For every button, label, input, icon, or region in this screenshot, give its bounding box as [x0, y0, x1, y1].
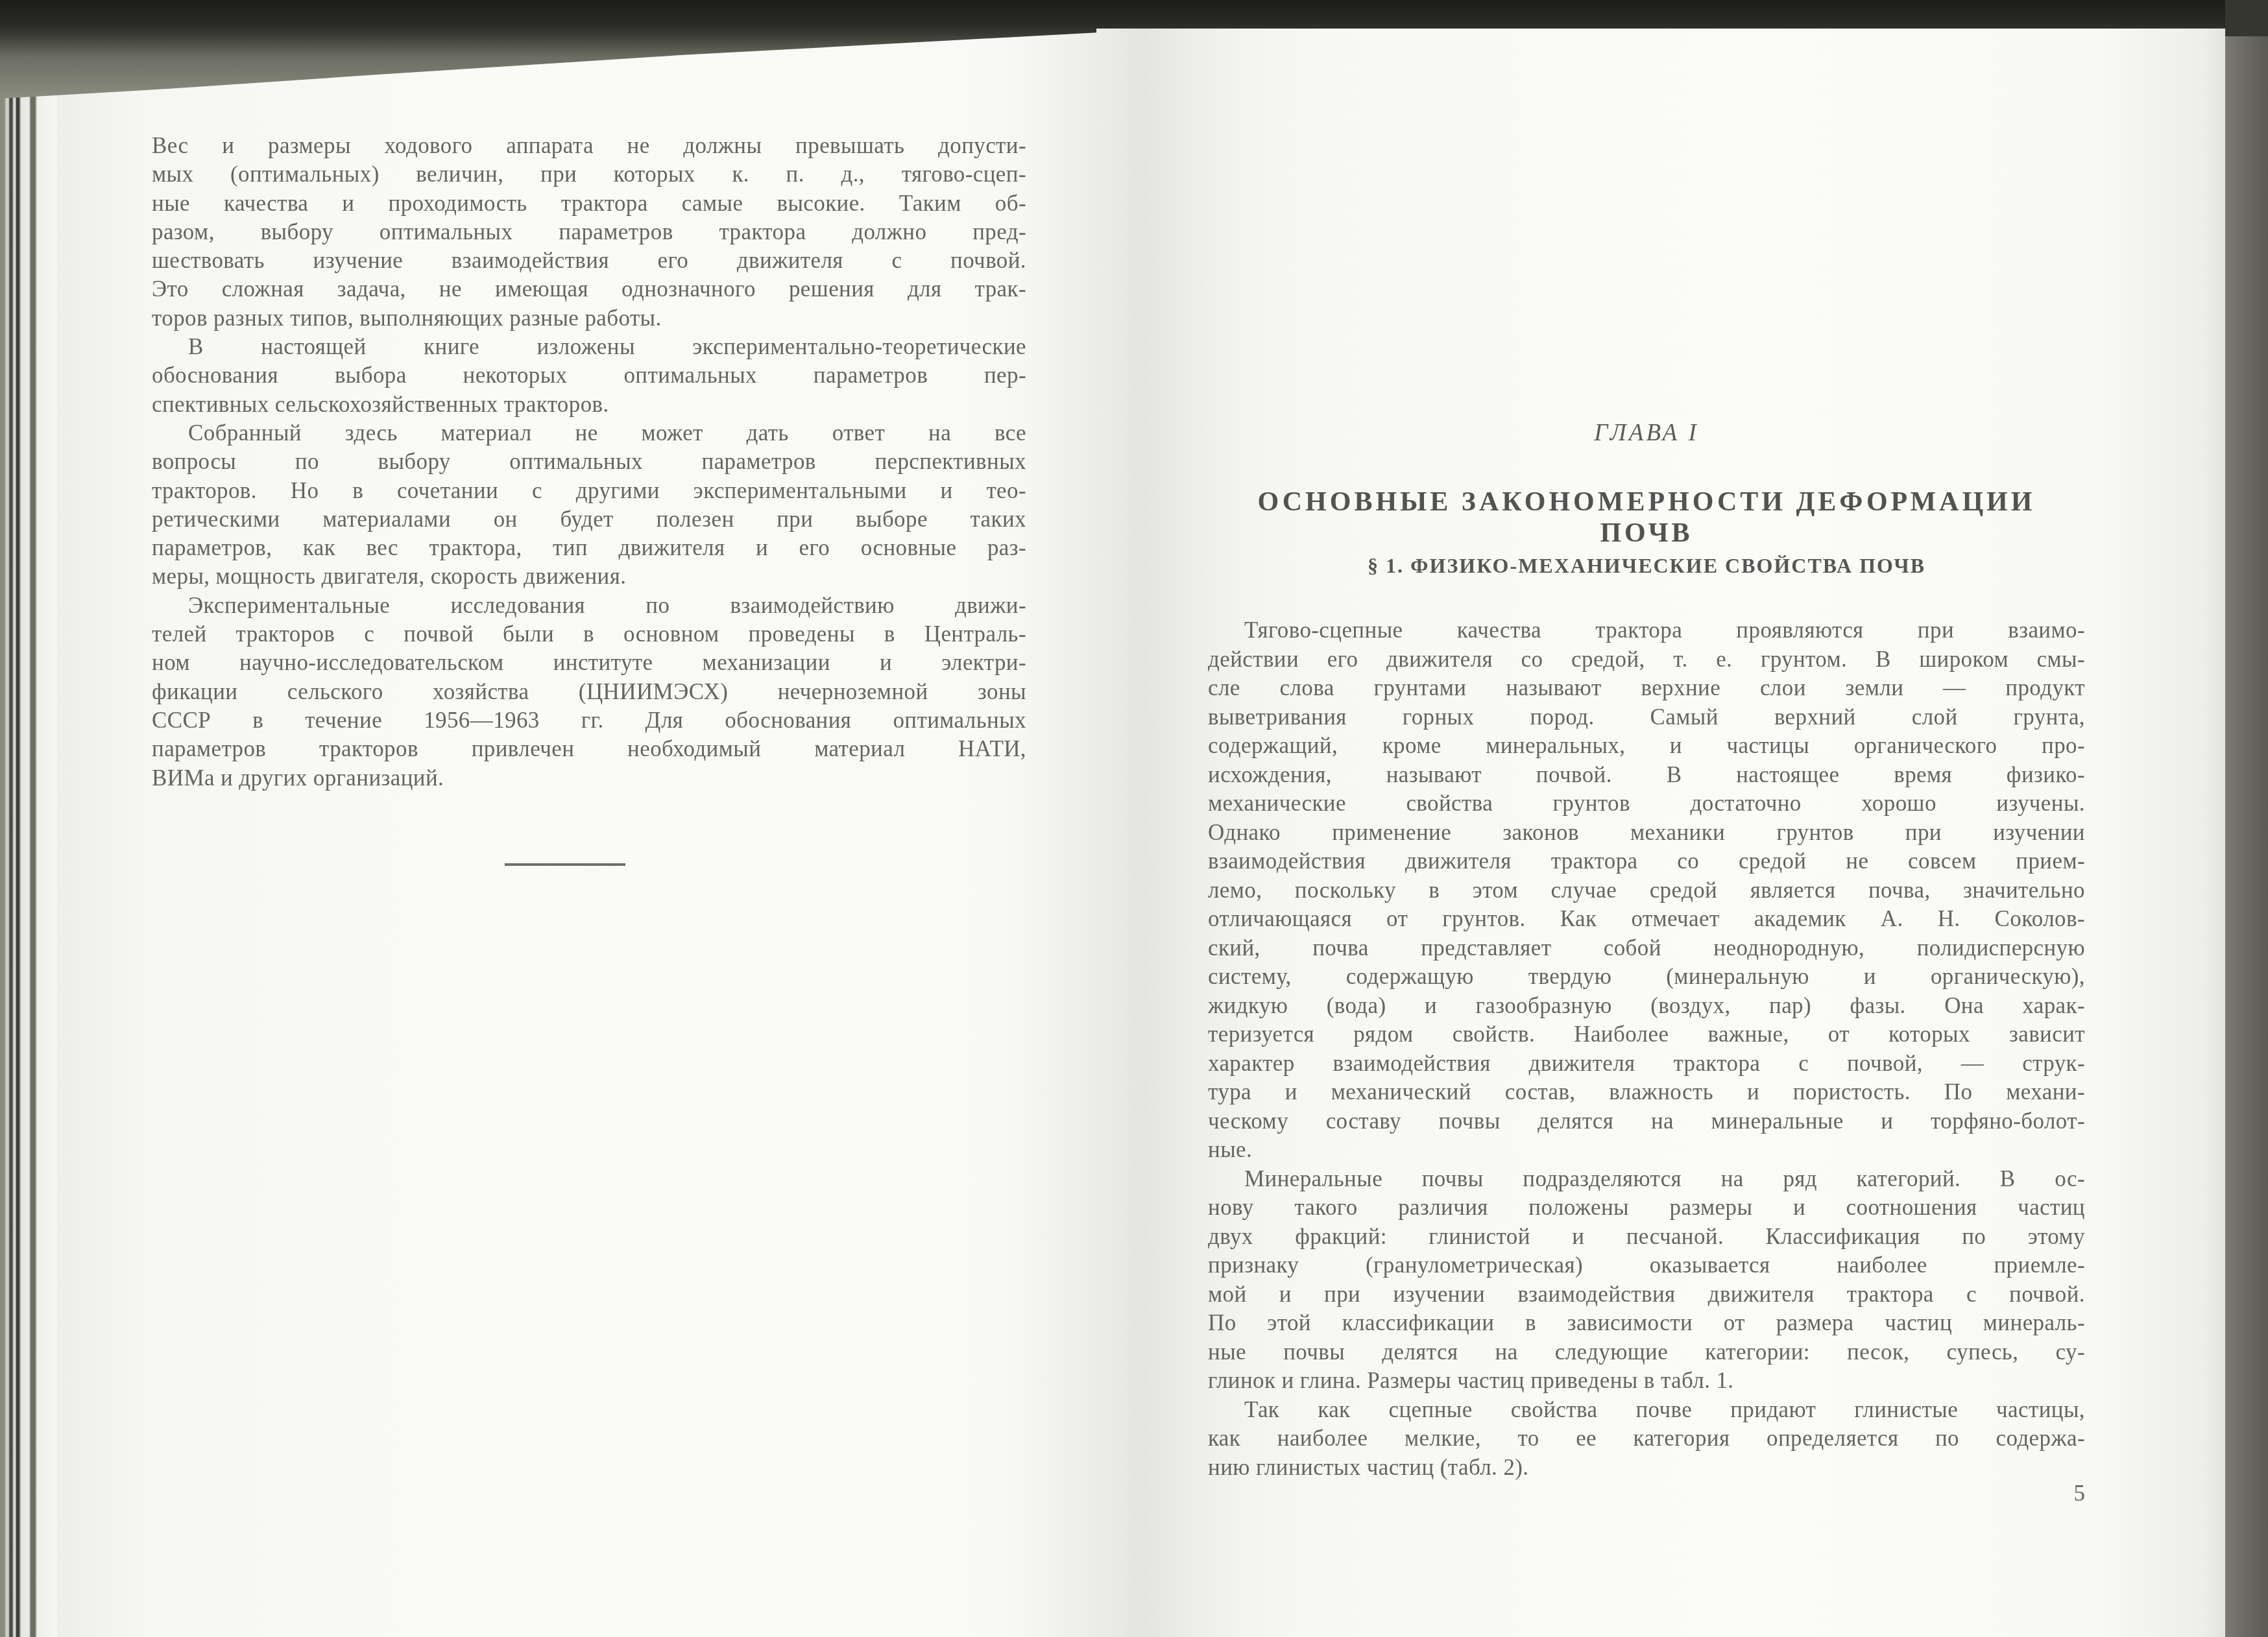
text-line: нию глинистых частиц (табл. 2). [1208, 1453, 2085, 1483]
text-line: ные качества и проходимость трактора сам… [152, 189, 1026, 218]
text-line: исхождения, называют почвой. В настоящее… [1208, 761, 2085, 790]
text-line: признаку (гранулометрическая) оказываетс… [1208, 1251, 2085, 1280]
text-line: спективных сельскохозяйственных тракторо… [152, 390, 1026, 419]
text-line: выветривания горных пород. Самый верхний… [1208, 703, 2085, 732]
text-line: В настоящей книге изложены экспериментал… [152, 333, 1026, 361]
text-line: жидкую (вода) и газообразную (воздух, па… [1208, 992, 2085, 1021]
text-line: взаимодействия движителя трактора со сре… [1208, 847, 2085, 876]
text-line: разом, выбору оптимальных параметров тра… [152, 218, 1026, 246]
section-heading: § 1. ФИЗИКО-МЕХАНИЧЕСКИЕ СВОЙСТВА ПОЧВ [1208, 554, 2085, 578]
text-line: механические свойства грунтов достаточно… [1208, 789, 2085, 818]
text-line: двух фракций: глинистой и песчаной. Клас… [1208, 1223, 2085, 1252]
page-stack-edge-left [0, 71, 57, 1637]
book-cover-corner-top-right [2225, 0, 2268, 36]
text-line: содержащий, кроме минеральных, и частицы… [1208, 732, 2085, 761]
text-line: параметров, как вес трактора, тип движит… [152, 534, 1026, 562]
text-line: фикации сельского хозяйства (ЦНИИМЭСХ) н… [152, 678, 1026, 706]
text-line: вопросы по выбору оптимальных параметров… [152, 448, 1026, 476]
text-line: Так как сцепные свойства почве придают г… [1208, 1396, 2085, 1425]
text-line: ский, почва представляет собой неоднород… [1208, 934, 2085, 963]
text-line: мой и при изучении взаимодействия движит… [1208, 1280, 2085, 1309]
text-line: Собранный здесь материал не может дать о… [152, 419, 1026, 448]
text-line: лемо, поскольку в этом случае средой явл… [1208, 876, 2085, 905]
text-line: торов разных типов, выполняющих разные р… [152, 304, 1026, 333]
text-line: обоснования выбора некоторых оптимальных… [152, 361, 1026, 390]
text-line: параметров тракторов привлечен необходим… [152, 735, 1026, 763]
book-cover-edge-top [0, 0, 2268, 29]
text-line: телей тракторов с почвой были в основном… [152, 620, 1026, 649]
text-line: тракторов. Но в сочетании с другими эксп… [152, 477, 1026, 505]
chapter-label: ГЛАВА I [1208, 419, 2085, 447]
text-line: нову такого различия положены размеры и … [1208, 1193, 2085, 1223]
text-line: Однако применение законов механики грунт… [1208, 818, 2085, 848]
text-line: меры, мощность двигателя, скорость движе… [152, 562, 1026, 591]
text-line: действии его движителя со средой, т. е. … [1208, 645, 2085, 675]
text-line: ном научно-исследовательском институте м… [152, 649, 1026, 677]
text-line: теризуется рядом свойств. Наиболее важны… [1208, 1020, 2085, 1049]
text-line: Минеральные почвы подразделяются на ряд … [1208, 1165, 2085, 1194]
text-line: характер взаимодействия движителя тракто… [1208, 1049, 2085, 1079]
text-line: тура и механический состав, влажность и … [1208, 1078, 2085, 1107]
text-line: мых (оптимальных) величин, при которых к… [152, 160, 1026, 189]
text-line: По этой классификации в зависимости от р… [1208, 1309, 2085, 1338]
text-line: глинок и глина. Размеры частиц приведены… [1208, 1367, 2085, 1396]
text-line: Экспериментальные исследования по взаимо… [152, 591, 1026, 620]
page-number: 5 [2020, 1481, 2085, 1507]
book-cover-edge-right [2225, 0, 2268, 1637]
text-line: ные почвы делятся на следующие категории… [1208, 1338, 2085, 1367]
text-line: ческому составу почвы делятся на минерал… [1208, 1107, 2085, 1136]
chapter-title: ОСНОВНЫЕ ЗАКОНОМЕРНОСТИ ДЕФОРМАЦИИ ПОЧВ [1208, 486, 2085, 549]
text-line: сле слова грунтами называют верхние слои… [1208, 674, 2085, 703]
text-line: Вес и размеры ходового аппарата не должн… [152, 132, 1026, 160]
text-line: отличающаяся от грунтов. Как отмечает ак… [1208, 905, 2085, 934]
section-divider [505, 863, 625, 866]
text-line: ВИМа и других организаций. [152, 764, 1026, 793]
text-line: систему, содержащую твердую (минеральную… [1208, 962, 2085, 992]
text-line: шествовать изучение взаимодействия его д… [152, 246, 1026, 275]
text-line: Это сложная задача, не имеющая однозначн… [152, 275, 1026, 304]
right-page-text: Тягово-сцепные качества трактора проявля… [1208, 616, 2085, 1482]
text-line: ретическими материалами он будет полезен… [152, 505, 1026, 534]
left-page-text: Вес и размеры ходового аппарата не должн… [152, 132, 1026, 793]
text-line: Тягово-сцепные качества трактора проявля… [1208, 616, 2085, 645]
text-line: СССР в течение 1956—1963 гг. Для обоснов… [152, 706, 1026, 735]
text-line: как наиболее мелкие, то ее категория опр… [1208, 1424, 2085, 1453]
text-line: ные. [1208, 1136, 2085, 1165]
book-scan: Вес и размеры ходового аппарата не должн… [0, 0, 2268, 1637]
